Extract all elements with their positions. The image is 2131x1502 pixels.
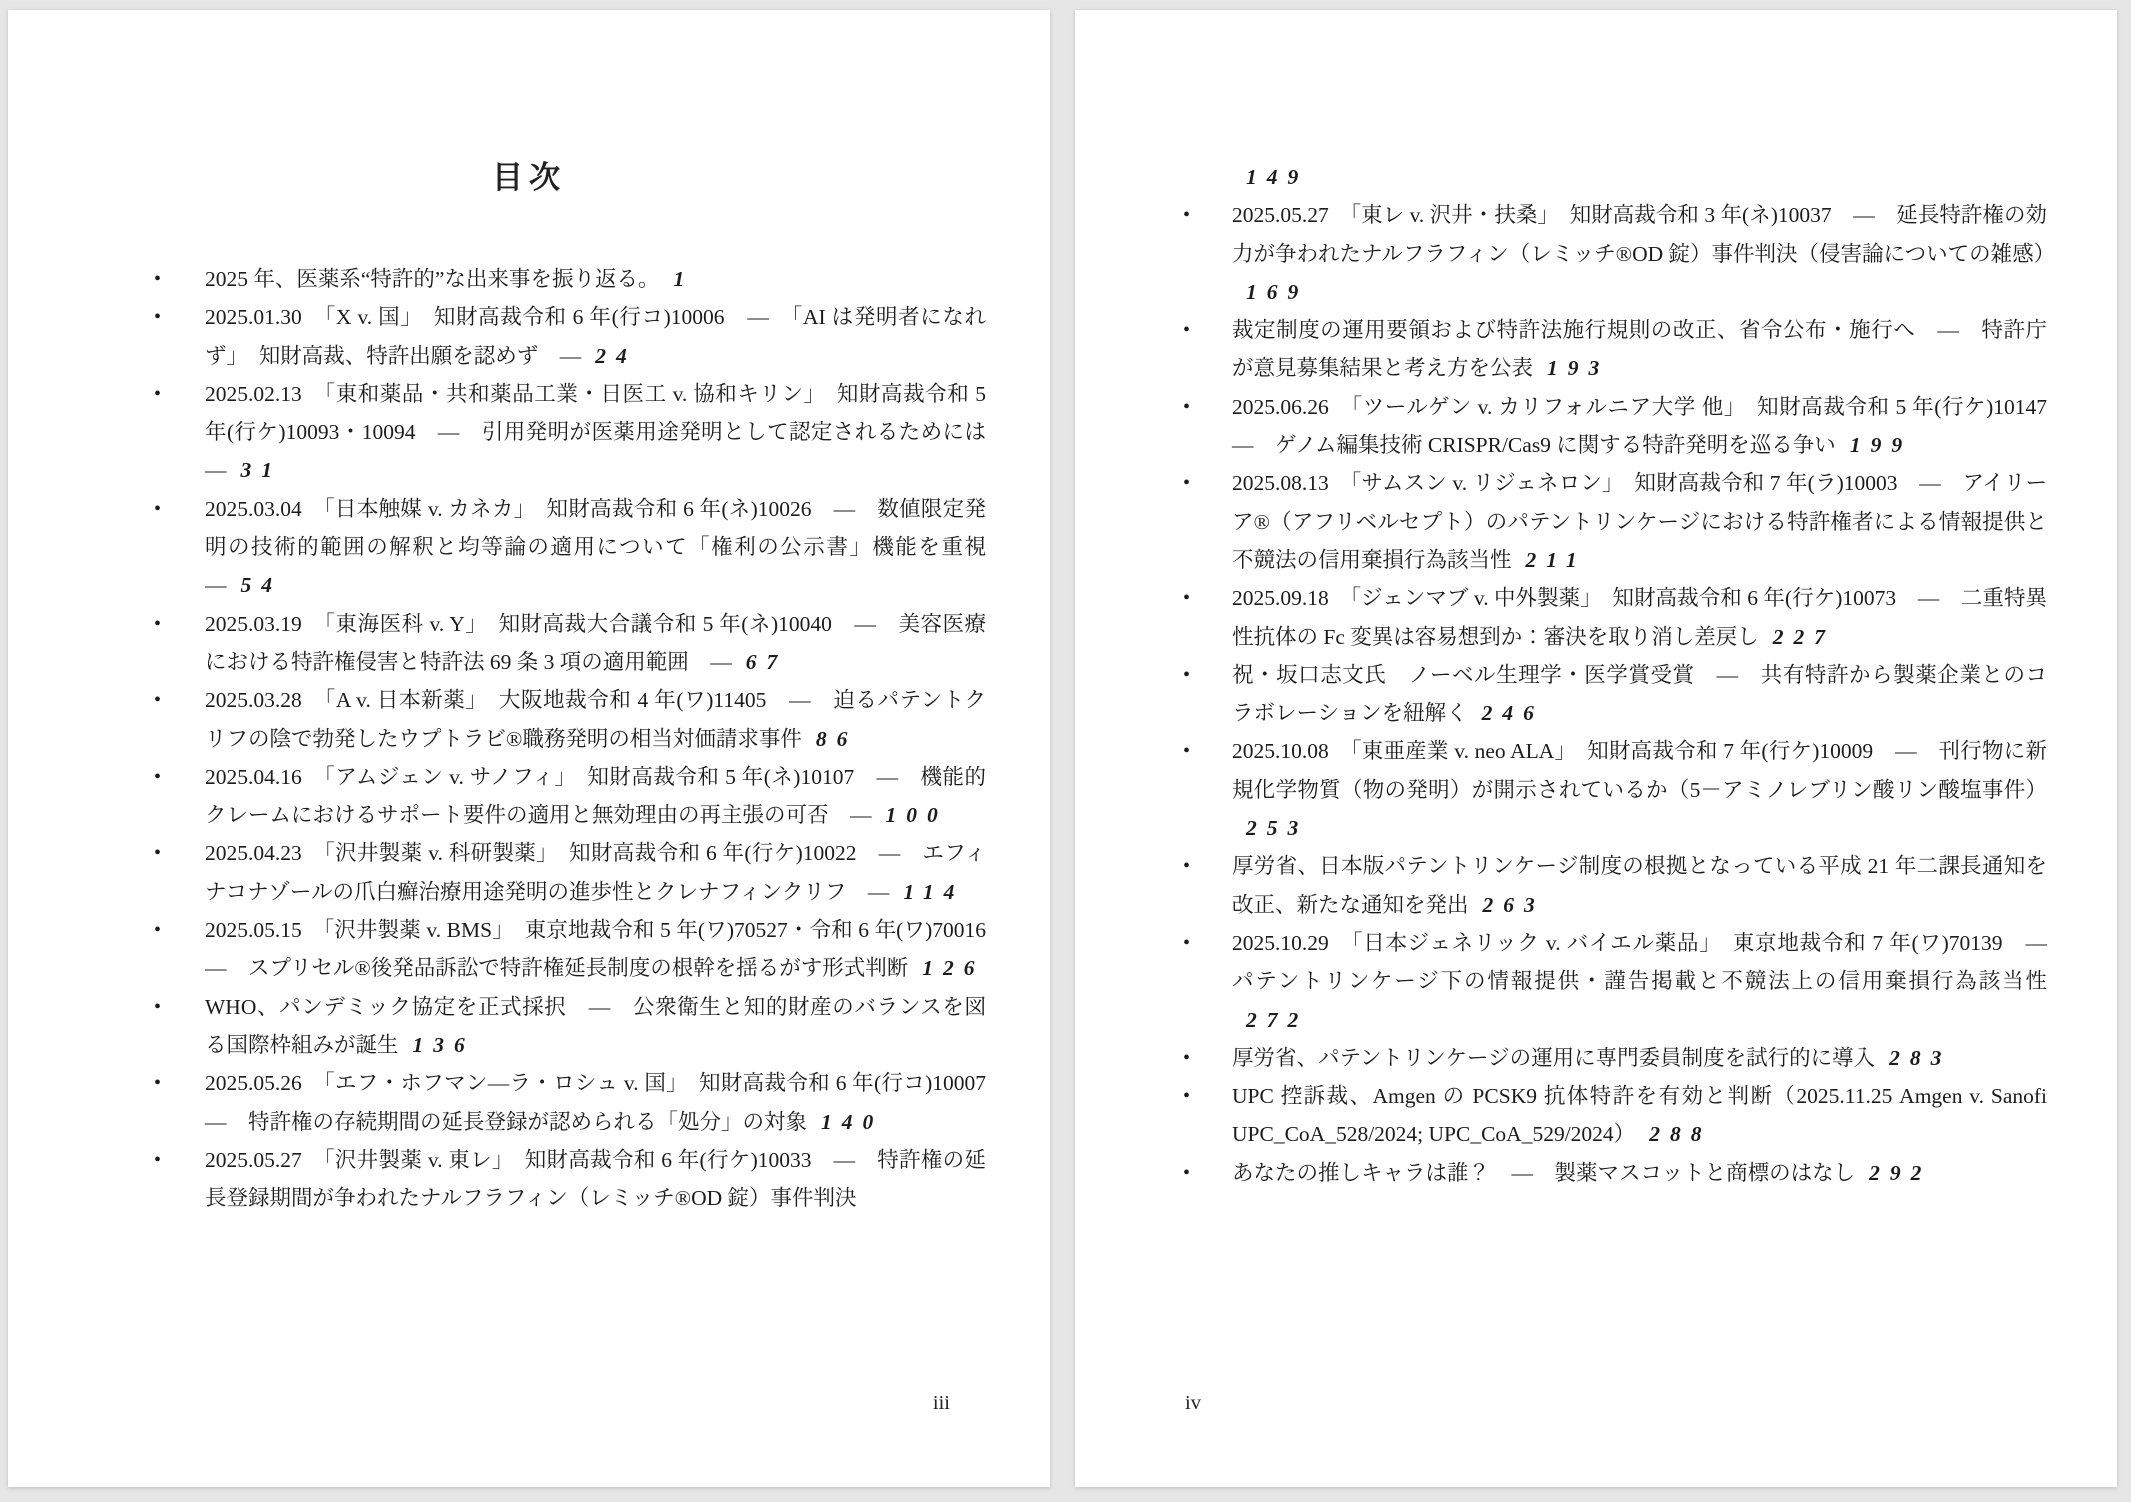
bullet-icon: •: [1183, 196, 1190, 234]
toc-entry-page-number: 211: [1526, 548, 1587, 572]
toc-entry-page-number: 283: [1889, 1046, 1951, 1070]
toc-entry: •厚労省、パテントリンケージの運用に専門委員制度を試行的に導入283: [1176, 1039, 2047, 1077]
toc-entry-page-number: 169: [1246, 280, 1308, 304]
bullet-icon: •: [154, 298, 161, 336]
toc-entry-text: 2025.08.13 「サムスン v. リジェネロン」 知財高裁令和 7 年(ラ…: [1232, 471, 2047, 572]
toc-entry-text: 2025.06.26 「ツールゲン v. カリフォルニア大学 他」 知財高裁令和…: [1232, 395, 2069, 457]
toc-entry: •UPC 控訴裁、Amgen の PCSK9 抗体特許を有効と判断（2025.1…: [1176, 1077, 2047, 1154]
bullet-icon: •: [154, 1141, 161, 1179]
bullet-icon: •: [1183, 388, 1190, 426]
toc-entry-page-number: 149: [1246, 165, 1308, 189]
bullet-icon: •: [154, 681, 161, 719]
bullet-icon: •: [154, 375, 161, 413]
toc-entry: •2025.05.27 「沢井製薬 v. 東レ」 知財高裁令和 6 年(行ケ)1…: [147, 1141, 986, 1218]
toc-entry: •2025.06.26 「ツールゲン v. カリフォルニア大学 他」 知財高裁令…: [1176, 388, 2047, 465]
bullet-icon: •: [154, 834, 161, 872]
toc-entry: •2025.01.30 「X v. 国」 知財高裁令和 6 年(行コ)10006…: [147, 298, 986, 375]
toc-entry-text: 祝・坂口志文氏 ノーベル生理学・医学賞受賞 ― 共有特許から製薬企業とのコラボレ…: [1232, 663, 2047, 725]
bullet-icon: •: [1183, 732, 1190, 770]
toc-entry-page-number: 86: [816, 727, 858, 751]
toc-entry-page-number: 100: [886, 803, 948, 827]
toc-entry-text: 2025.05.15 「沢井製薬 v. BMS」 東京地裁令和 5 年(ワ)70…: [205, 918, 1008, 980]
toc-entry-text: WHO、パンデミック協定を正式採択 ― 公衆衛生と知的財産のバランスを図る国際枠…: [205, 995, 986, 1057]
toc-entry-text: 厚労省、日本版パテントリンケージ制度の根拠となっている平成 21 年二課長通知を…: [1232, 854, 2047, 916]
toc-entry: •裁定制度の運用要領および特許法施行規則の改正、省令公布・施行へ ― 特許庁が意…: [1176, 311, 2047, 388]
toc-entry-text: 2025.04.23 「沢井製薬 v. 科研製薬」 知財高裁令和 6 年(行ケ)…: [205, 841, 986, 903]
toc-content-right: •149 •2025.05.27 「東レ v. 沢井・扶桑」 知財高裁令和 3 …: [1176, 10, 2047, 1192]
toc-entry-page-number: 193: [1547, 356, 1609, 380]
toc-entry: •2025.05.15 「沢井製薬 v. BMS」 東京地裁令和 5 年(ワ)7…: [147, 911, 986, 988]
bullet-icon: •: [154, 758, 161, 796]
page-title: 目次: [8, 10, 1050, 198]
toc-entry-text: 2025.02.13 「東和薬品・共和薬品工業・日医工 v. 協和キリン」 知財…: [205, 382, 1008, 483]
bullet-icon: •: [154, 490, 161, 528]
toc-entry: •2025.04.23 「沢井製薬 v. 科研製薬」 知財高裁令和 6 年(行ケ…: [147, 834, 986, 911]
toc-entry: •2025.10.29 「日本ジェネリック v. バイエル薬品」 東京地裁令和 …: [1176, 924, 2047, 1039]
page-number-iii: iii: [933, 1391, 950, 1415]
toc-entry: •祝・坂口志文氏 ノーベル生理学・医学賞受賞 ― 共有特許から製薬企業とのコラボ…: [1176, 656, 2047, 733]
bullet-icon: •: [1183, 656, 1190, 694]
toc-entry-page-number: 253: [1246, 816, 1308, 840]
toc-entry-text: 2025.10.29 「日本ジェネリック v. バイエル薬品」 東京地裁令和 7…: [1232, 931, 2069, 993]
page-number-iv: iv: [1185, 1391, 1201, 1415]
bullet-icon: •: [1183, 1077, 1190, 1115]
toc-entry-page-number: 54: [241, 573, 283, 597]
document-spread: 目次 •2025 年、医薬系“特許的”な出来事を振り返る。1 •2025.01.…: [0, 0, 2131, 1487]
bullet-icon: •: [1183, 1154, 1190, 1192]
toc-entry: •149: [1176, 158, 2047, 196]
toc-entry: •2025.05.27 「東レ v. 沢井・扶桑」 知財高裁令和 3 年(ネ)1…: [1176, 196, 2047, 311]
toc-entry: •あなたの推しキャラは誰？ ― 製薬マスコットと商標のはなし292: [1176, 1154, 2047, 1192]
toc-entry-page-number: 199: [1850, 433, 1912, 457]
toc-entry-page-number: 227: [1773, 625, 1835, 649]
bullet-icon: •: [154, 260, 161, 298]
toc-entry-text: 裁定制度の運用要領および特許法施行規則の改正、省令公布・施行へ ― 特許庁が意見…: [1232, 318, 2047, 380]
toc-entry: •WHO、パンデミック協定を正式採択 ― 公衆衛生と知的財産のバランスを図る国際…: [147, 988, 986, 1065]
bullet-icon: •: [1183, 311, 1190, 349]
toc-entry-text: 2025.10.08 「東亜産業 v. neo ALA」 知財高裁令和 7 年(…: [1232, 739, 2047, 801]
toc-entry-text: 2025.05.26 「エフ・ホフマン―ラ・ロシュ v. 国」 知財高裁令和 6…: [205, 1071, 1008, 1133]
toc-entry: •2025 年、医薬系“特許的”な出来事を振り返る。1: [147, 260, 986, 298]
bullet-icon: •: [1183, 1039, 1190, 1077]
toc-entry-page-number: 126: [922, 956, 984, 980]
toc-entry-text: 2025.09.18 「ジェンマブ v. 中外製薬」 知財高裁令和 6 年(行ケ…: [1232, 586, 2047, 648]
toc-entry-page-number: 136: [413, 1033, 475, 1057]
toc-entry-text: あなたの推しキャラは誰？ ― 製薬マスコットと商標のはなし: [1232, 1161, 1855, 1185]
toc-entry-page-number: 246: [1482, 701, 1544, 725]
toc-entry: •2025.03.19 「東海医科 v. Y」 知財高裁大合議令和 5 年(ネ)…: [147, 605, 986, 682]
bullet-icon: •: [154, 605, 161, 643]
toc-entry: •2025.03.28 「A v. 日本新薬」 大阪地裁令和 4 年(ワ)114…: [147, 681, 986, 758]
toc-entry-page-number: 263: [1483, 893, 1545, 917]
toc-entry: •2025.02.13 「東和薬品・共和薬品工業・日医工 v. 協和キリン」 知…: [147, 375, 986, 490]
bullet-icon: •: [154, 988, 161, 1026]
page-iv: •149 •2025.05.27 「東レ v. 沢井・扶桑」 知財高裁令和 3 …: [1075, 10, 2117, 1487]
toc-list-left: •2025 年、医薬系“特許的”な出来事を振り返る。1 •2025.01.30 …: [147, 260, 986, 1217]
toc-entry-text: 2025 年、医薬系“特許的”な出来事を振り返る。: [205, 267, 659, 291]
toc-entry-page-number: 272: [1246, 1008, 1308, 1032]
toc-entry: •2025.10.08 「東亜産業 v. neo ALA」 知財高裁令和 7 年…: [1176, 732, 2047, 847]
toc-entry-page-number: 24: [595, 344, 637, 368]
toc-entry-text: 2025.03.19 「東海医科 v. Y」 知財高裁大合議令和 5 年(ネ)1…: [205, 612, 986, 674]
toc-entry-page-number: 140: [821, 1110, 883, 1134]
toc-entry-page-number: 31: [241, 458, 283, 482]
toc-list-right: •149 •2025.05.27 「東レ v. 沢井・扶桑」 知財高裁令和 3 …: [1176, 158, 2047, 1192]
bullet-icon: •: [154, 1064, 161, 1102]
bullet-icon: •: [1183, 847, 1190, 885]
toc-entry-page-number: 292: [1869, 1161, 1931, 1185]
toc-entry-text: 2025.05.27 「沢井製薬 v. 東レ」 知財高裁令和 6 年(行ケ)10…: [205, 1148, 986, 1210]
toc-entry-page-number: 288: [1649, 1122, 1711, 1146]
toc-entry-text: UPC 控訴裁、Amgen の PCSK9 抗体特許を有効と判断（2025.11…: [1232, 1084, 2047, 1146]
bullet-icon: •: [1183, 924, 1190, 962]
bullet-icon: •: [1183, 579, 1190, 617]
toc-entry-text: 2025.03.04 「日本触媒 v. カネカ」 知財高裁令和 6 年(ネ)10…: [205, 497, 1008, 598]
toc-entry: •2025.09.18 「ジェンマブ v. 中外製薬」 知財高裁令和 6 年(行…: [1176, 579, 2047, 656]
toc-entry-text: 厚労省、パテントリンケージの運用に専門委員制度を試行的に導入: [1232, 1046, 1875, 1070]
toc-entry: •厚労省、日本版パテントリンケージ制度の根拠となっている平成 21 年二課長通知…: [1176, 847, 2047, 924]
toc-content-left: •2025 年、医薬系“特許的”な出来事を振り返る。1 •2025.01.30 …: [147, 260, 986, 1217]
bullet-icon: •: [154, 911, 161, 949]
toc-entry: •2025.04.16 「アムジェン v. サノフィ」 知財高裁令和 5 年(ネ…: [147, 758, 986, 835]
toc-entry-text: 2025.03.28 「A v. 日本新薬」 大阪地裁令和 4 年(ワ)1140…: [205, 688, 986, 750]
toc-entry-page-number: 114: [903, 880, 964, 904]
toc-entry-page-number: 67: [746, 650, 788, 674]
toc-entry: •2025.03.04 「日本触媒 v. カネカ」 知財高裁令和 6 年(ネ)1…: [147, 490, 986, 605]
page-iii: 目次 •2025 年、医薬系“特許的”な出来事を振り返る。1 •2025.01.…: [8, 10, 1050, 1487]
toc-entry: •2025.08.13 「サムスン v. リジェネロン」 知財高裁令和 7 年(…: [1176, 464, 2047, 579]
bullet-icon: •: [1183, 464, 1190, 502]
toc-entry-text: 2025.05.27 「東レ v. 沢井・扶桑」 知財高裁令和 3 年(ネ)10…: [1232, 203, 2055, 265]
toc-entry: •2025.05.26 「エフ・ホフマン―ラ・ロシュ v. 国」 知財高裁令和 …: [147, 1064, 986, 1141]
toc-entry-page-number: 1: [673, 267, 694, 291]
toc-entry-text: 2025.04.16 「アムジェン v. サノフィ」 知財高裁令和 5 年(ネ)…: [205, 765, 986, 827]
